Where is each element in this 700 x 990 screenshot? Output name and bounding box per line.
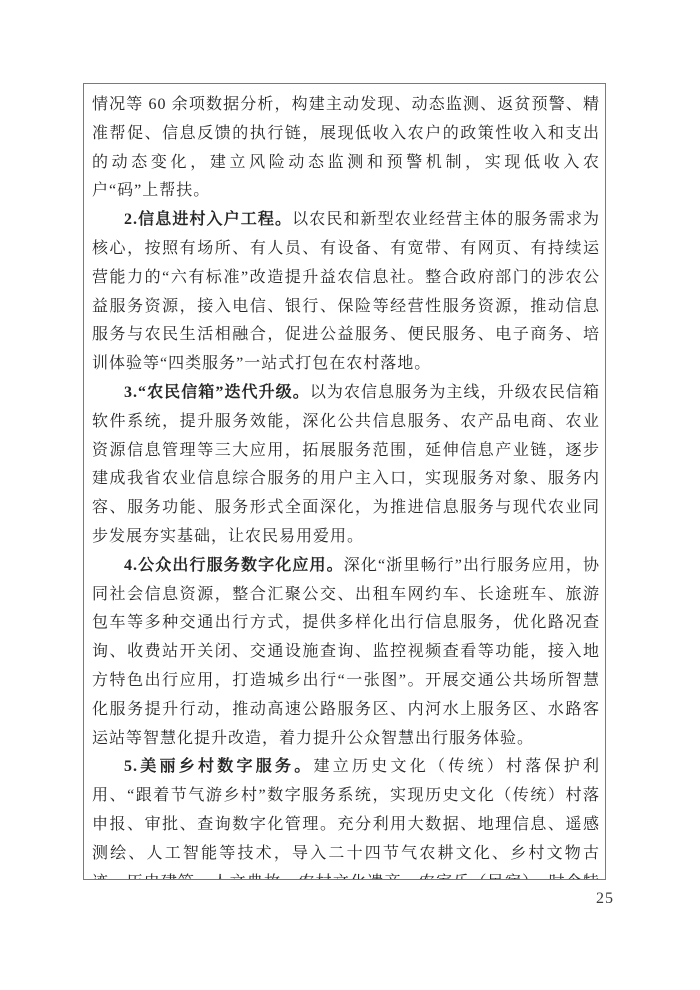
paragraph: 4.公众出行服务数字化应用。深化“浙里畅行”出行服务应用，协同社会信息资源，整合… [92, 552, 600, 754]
paragraph-heading: 4.公众出行服务数字化应用。 [124, 557, 344, 574]
paragraph-body: 情况等 60 余项数据分析，构建主动发现、动态监测、返贫预警、精准帮促、信息反馈… [92, 96, 600, 199]
paragraph: 5.美丽乡村数字服务。建立历史文化（传统）村落保护利用、“跟着节气游乡村”数字服… [92, 753, 600, 880]
paragraph-body: 以为农信息服务为主线，升级农民信箱软件系统，提升服务效能，深化公共信息服务、农产… [92, 384, 600, 545]
paragraph-heading: 3.“农民信箱”迭代升级。 [124, 384, 310, 401]
paragraph-body: 建立历史文化（传统）村落保护利用、“跟着节气游乡村”数字服务系统，实现历史文化（… [92, 758, 600, 880]
paragraph-body: 深化“浙里畅行”出行服务应用，协同社会信息资源，整合汇聚公交、出租车网约车、长途… [92, 557, 600, 747]
page-number: 25 [596, 890, 614, 908]
paragraph: 3.“农民信箱”迭代升级。以为农信息服务为主线，升级农民信箱软件系统，提升服务效… [92, 379, 600, 552]
paragraph-heading: 2.信息进村入户工程。 [124, 211, 292, 228]
paragraph: 2.信息进村入户工程。以农民和新型农业经营主体的服务需求为核心，按照有场所、有人… [92, 206, 600, 379]
document-page: 情况等 60 余项数据分析，构建主动发现、动态监测、返贫预警、精准帮促、信息反馈… [0, 0, 700, 990]
paragraph-heading: 5.美丽乡村数字服务。 [124, 758, 314, 775]
text-frame: 情况等 60 余项数据分析，构建主动发现、动态监测、返贫预警、精准帮促、信息反馈… [83, 83, 606, 880]
paragraph-body: 以农民和新型农业经营主体的服务需求为核心，按照有场所、有人员、有设备、有宽带、有… [92, 211, 600, 372]
paragraph: 情况等 60 余项数据分析，构建主动发现、动态监测、返贫预警、精准帮促、信息反馈… [92, 91, 600, 206]
